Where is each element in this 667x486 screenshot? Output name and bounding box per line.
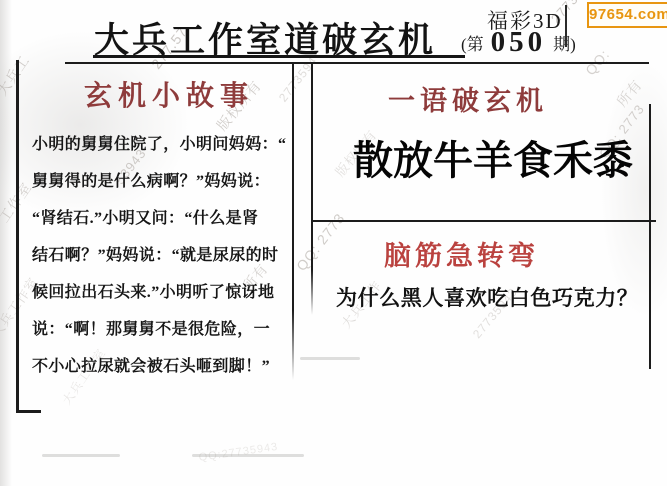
story-line: 舅舅得的是什么病啊？”妈妈说：	[32, 163, 294, 200]
issue-number: 050	[491, 26, 547, 59]
frame-left-line	[16, 60, 19, 413]
scan-tint-right	[600, 60, 667, 320]
story-text: 小明的舅舅住院了，小明问妈妈：“ 舅舅得的是什么病啊？”妈妈说： “肾结石.”小…	[32, 126, 294, 385]
issue-number-group: (第 050 期)	[461, 26, 576, 59]
watermark-text: 所有	[612, 75, 647, 111]
right-panel-left-border	[311, 63, 313, 315]
teaser-question: 为什么黑人喜欢吃白色巧克力？	[336, 282, 638, 312]
mystery-phrase: 散放牛羊食禾黍	[353, 129, 633, 186]
scan-smudge	[42, 454, 120, 457]
title-underline	[93, 55, 465, 58]
teaser-panel-heading: 脑筋急转弯	[384, 234, 539, 273]
watermark-text: QQ:27735943	[198, 441, 279, 464]
story-line: 小明的舅舅住院了，小明问妈妈：“	[32, 126, 294, 163]
story-line: 说：“啊！那舅舅不是很危险，一	[32, 311, 294, 348]
issue-prefix: (第	[461, 30, 484, 55]
header-divider-line	[565, 5, 567, 47]
story-panel-heading: 玄机小故事	[84, 74, 254, 114]
site-watermark-badge[interactable]: 97654.com	[587, 2, 667, 28]
lottery-tip-sheet: 大兵工工作室大兵工作室277.5753943版权所有2773594版权所有所有Q…	[0, 0, 667, 486]
scan-smudge	[192, 454, 304, 457]
frame-top-line	[65, 62, 649, 64]
frame-right-line	[649, 104, 651, 369]
phrase-panel-heading: 一语破玄机	[388, 79, 548, 118]
story-line: 结石啊？”妈妈说：“就是尿尿的时	[32, 237, 294, 274]
scan-tint-left-edge	[0, 0, 12, 486]
frame-bottom-left-corner	[16, 410, 41, 413]
story-line: 不小心拉尿就会被石头咂到脚！”	[32, 348, 294, 385]
story-line: “肾结石.”小明又问：“什么是肾	[32, 200, 294, 237]
scan-smudge	[300, 357, 360, 360]
right-panels-divider	[311, 220, 656, 222]
story-line: 候回拉出石头来.”小明听了惊讶地	[32, 274, 294, 311]
